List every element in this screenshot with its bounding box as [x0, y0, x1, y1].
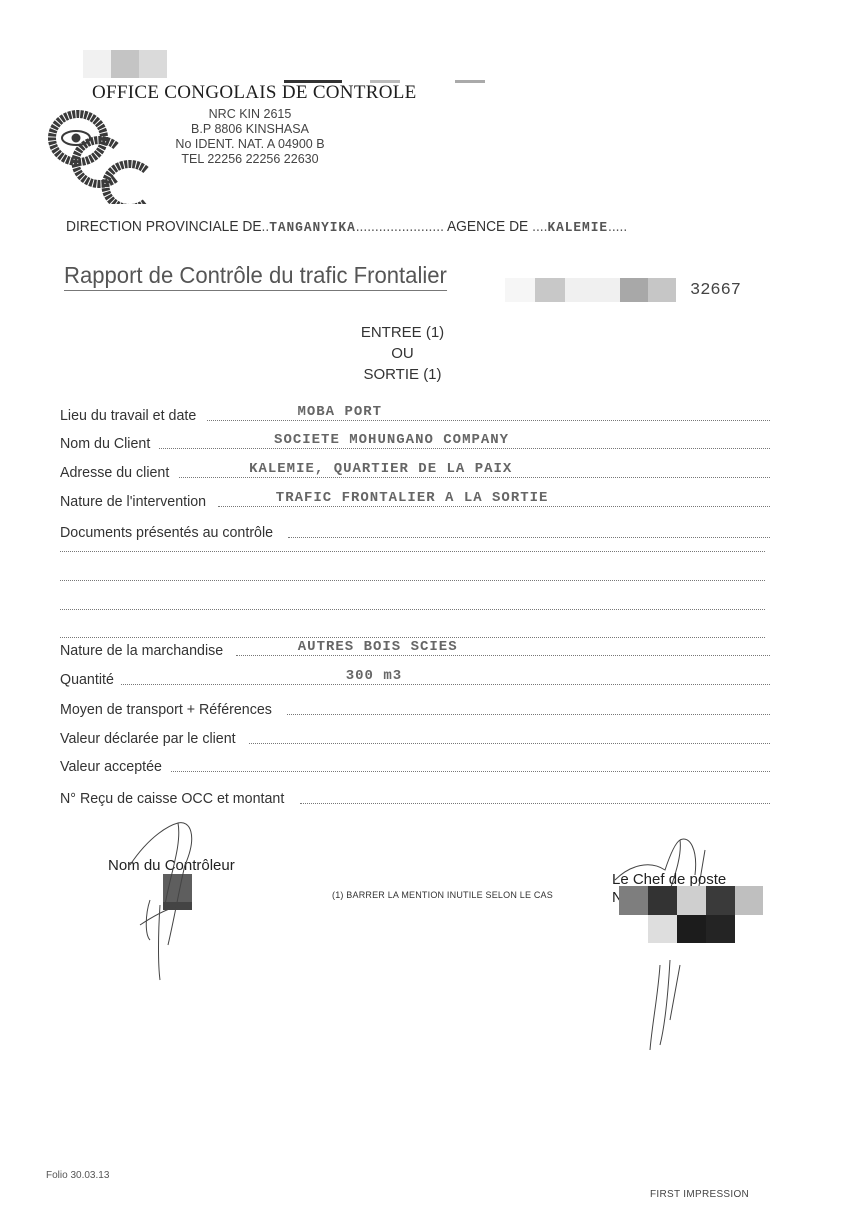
field-documents: Documents présentés au contrôle: [60, 519, 770, 541]
field-quantity: Quantité 300 m3: [60, 666, 770, 688]
organization-name: OFFICE CONGOLAIS DE CONTROLE: [92, 82, 417, 104]
field-client-name: Nom du Client SOCIETE MOHUNGANO COMPANY: [60, 430, 770, 452]
field-work-place-date: Lieu du travail et date MOBA PORT: [60, 402, 770, 424]
field-accepted-value: Valeur acceptée: [60, 753, 770, 775]
chief-signature: [610, 835, 720, 1065]
redaction-block: [677, 915, 706, 943]
field-label: Valeur déclarée par le client: [60, 730, 236, 747]
redaction-block: [139, 50, 167, 78]
blank-line: [60, 608, 765, 610]
exit-option: SORTIE (1): [330, 364, 475, 385]
redaction-block: [619, 886, 648, 915]
field-goods-nature: Nature de la marchandise AUTRES BOIS SCI…: [60, 637, 770, 659]
redaction-block: [735, 886, 763, 915]
info-line: B.P 8806 KINSHASA: [150, 122, 350, 137]
field-label: Nature de la marchandise: [60, 642, 223, 659]
blank-line: [60, 579, 765, 581]
redaction-block: [505, 278, 535, 302]
field-intervention-type: Nature de l'intervention TRAFIC FRONTALI…: [60, 488, 770, 510]
agency-label: AGENCE DE: [447, 218, 528, 235]
field-label: Nature de l'intervention: [60, 493, 206, 510]
report-title: Rapport de Contrôle du trafic Frontalier: [64, 262, 447, 291]
blank-line: [60, 550, 765, 552]
field-label: Adresse du client: [60, 464, 169, 481]
print-mark: FIRST IMPRESSION: [650, 1189, 749, 1200]
info-line: No IDENT. NAT. A 04900 B: [150, 137, 350, 152]
redaction-block: [565, 278, 620, 302]
redaction-block: [111, 50, 139, 78]
field-declared-value: Valeur déclarée par le client: [60, 725, 770, 747]
field-receipt: N° Reçu de caisse OCC et montant: [60, 785, 770, 807]
field-label: Quantité: [60, 671, 114, 688]
direction-label: DIRECTION PROVINCIALE DE: [66, 218, 262, 235]
occ-logo-icon: [46, 108, 158, 204]
redaction-block: [706, 886, 735, 915]
info-line: NRC KIN 2615: [150, 107, 350, 122]
field-value: 300 m3: [346, 668, 402, 684]
direction-line: DIRECTION PROVINCIALE DE..TANGANYIKA....…: [66, 218, 627, 236]
folio-text: Folio 30.03.13: [46, 1170, 109, 1181]
field-label: Nom du Client: [60, 435, 150, 452]
organization-info: NRC KIN 2615 B.P 8806 KINSHASA No IDENT.…: [150, 107, 350, 167]
field-value: SOCIETE MOHUNGANO COMPANY: [274, 432, 509, 448]
field-value: MOBA PORT: [297, 404, 382, 420]
redaction-block: [648, 886, 677, 915]
field-value: TRAFIC FRONTALIER A LA SORTIE: [276, 490, 549, 506]
field-value: AUTRES BOIS SCIES: [298, 639, 458, 655]
field-label: Documents présentés au contrôle: [60, 524, 273, 541]
report-number: 32667: [690, 281, 741, 300]
direction-value: TANGANYIKA: [269, 220, 355, 236]
or-text: OU: [330, 343, 475, 364]
controller-signature: [120, 815, 210, 985]
info-line: TEL 22256 22256 22630: [150, 152, 350, 167]
footnote: (1) BARRER LA MENTION INUTILE SELON LE C…: [332, 890, 553, 900]
redaction-bar: [455, 80, 485, 83]
redaction-block: [83, 50, 111, 78]
entry-option: ENTREE (1): [330, 322, 475, 343]
agency-value: KALEMIE: [547, 220, 608, 236]
redaction-block: [706, 915, 735, 943]
field-client-address: Adresse du client KALEMIE, QUARTIER DE L…: [60, 459, 770, 481]
redaction-block: [677, 886, 706, 915]
field-value: KALEMIE, QUARTIER DE LA PAIX: [249, 461, 512, 477]
redaction-block: [648, 915, 677, 943]
redaction-block: [648, 278, 676, 302]
field-label: Valeur acceptée: [60, 758, 162, 775]
entry-exit-block: ENTREE (1) OU SORTIE (1): [330, 322, 475, 385]
redaction-block: [620, 278, 648, 302]
field-label: Lieu du travail et date: [60, 407, 196, 424]
field-transport: Moyen de transport + Références: [60, 696, 770, 718]
redaction-block: [535, 278, 565, 302]
field-label: Moyen de transport + Références: [60, 701, 272, 718]
field-label: N° Reçu de caisse OCC et montant: [60, 790, 284, 807]
